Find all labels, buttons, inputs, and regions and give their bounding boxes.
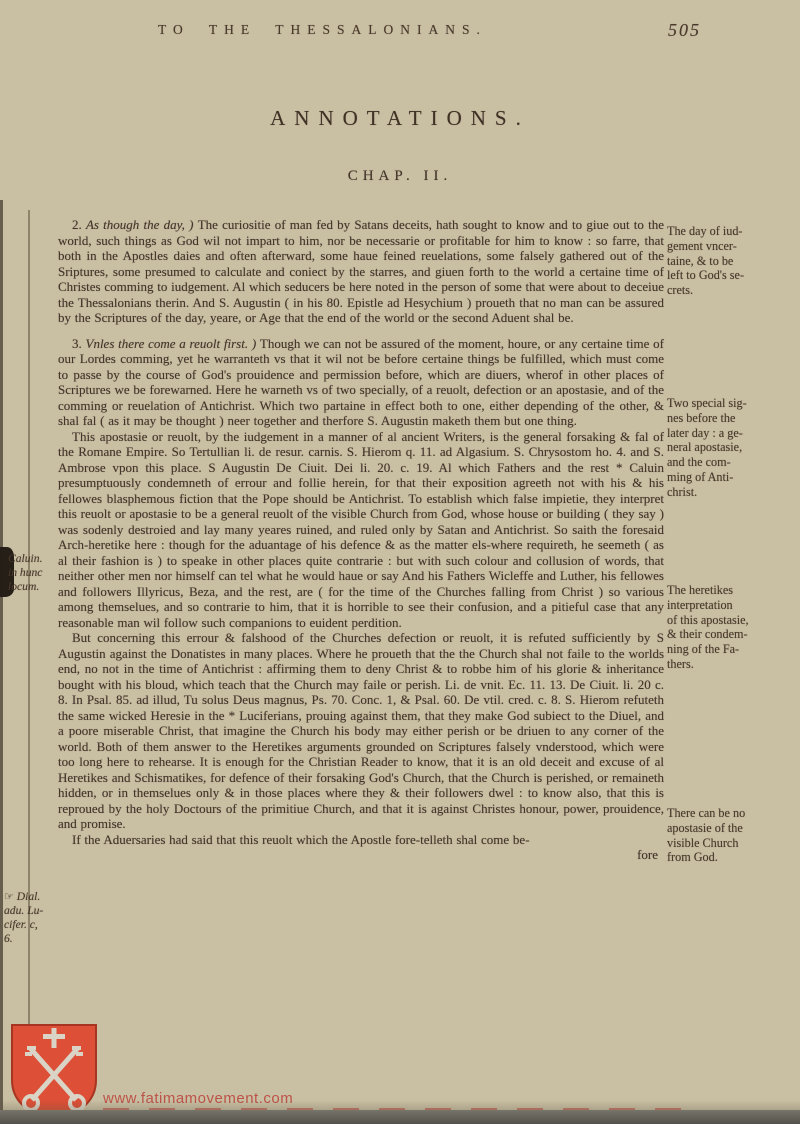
section-title: ANNOTATIONS. [0, 106, 800, 131]
chapter-heading: CHAP. II. [0, 168, 800, 185]
page-edge-shadow [0, 200, 3, 1124]
running-header: TO THE THESSALONIANS. 505 [0, 20, 800, 50]
scanned-book-page: TO THE THESSALONIANS. 505 ANNOTATIONS. C… [0, 0, 800, 1124]
margin-note-right-3: The heretikes interpretation of this apo… [667, 583, 795, 672]
lemma-text: Vnles there come a reuolt first. ) [86, 336, 260, 351]
verse-number: 2. [72, 217, 86, 232]
main-text-column: 2. As though the day, ) The curiositie o… [58, 217, 664, 863]
annotation-paragraph-5: If the Aduersaries had said that this re… [58, 832, 664, 848]
paragraph-text: If the Aduersaries had said that this re… [72, 832, 530, 847]
left-margin-rule [28, 210, 30, 1116]
paragraph-text: This apostasie or reuolt, by the iudgeme… [58, 429, 664, 630]
running-header-title: TO THE THESSALONIANS. [158, 22, 487, 38]
paragraph-text: But concerning this errour & falshood of… [58, 630, 664, 831]
margin-note-right-2: Two special sig- nes before the later da… [667, 396, 795, 500]
catchword: fore [58, 847, 664, 863]
annotation-paragraph-2: 3. Vnles there come a reuolt first. ) Th… [58, 336, 664, 429]
annotation-paragraph-4: But concerning this errour & falshood of… [58, 630, 664, 832]
manicule-icon: ☞ [4, 891, 14, 903]
page-number: 505 [668, 20, 701, 41]
margin-note-right-4: There can be no apostasie of the visible… [667, 806, 795, 865]
verse-number: 3. [72, 336, 86, 351]
margin-note-right-1: The day of iud- gement vncer- taine, & t… [667, 224, 795, 298]
bottom-shadow [0, 1100, 800, 1110]
margin-note-left-2: ☞ Dial. adu. Lu- cifer. c, 6. [4, 890, 60, 946]
margin-note-left-1: Caluin. in hunc locum. [8, 552, 64, 594]
annotation-paragraph-3: This apostasie or reuolt, by the iudgeme… [58, 429, 664, 631]
lemma-text: As though the day, ) [86, 217, 198, 232]
scan-bottom-edge [0, 1110, 800, 1124]
annotation-paragraph-1: 2. As though the day, ) The curiositie o… [58, 217, 664, 326]
paragraph-text: The curiositie of man fed by Satans dece… [58, 217, 664, 325]
